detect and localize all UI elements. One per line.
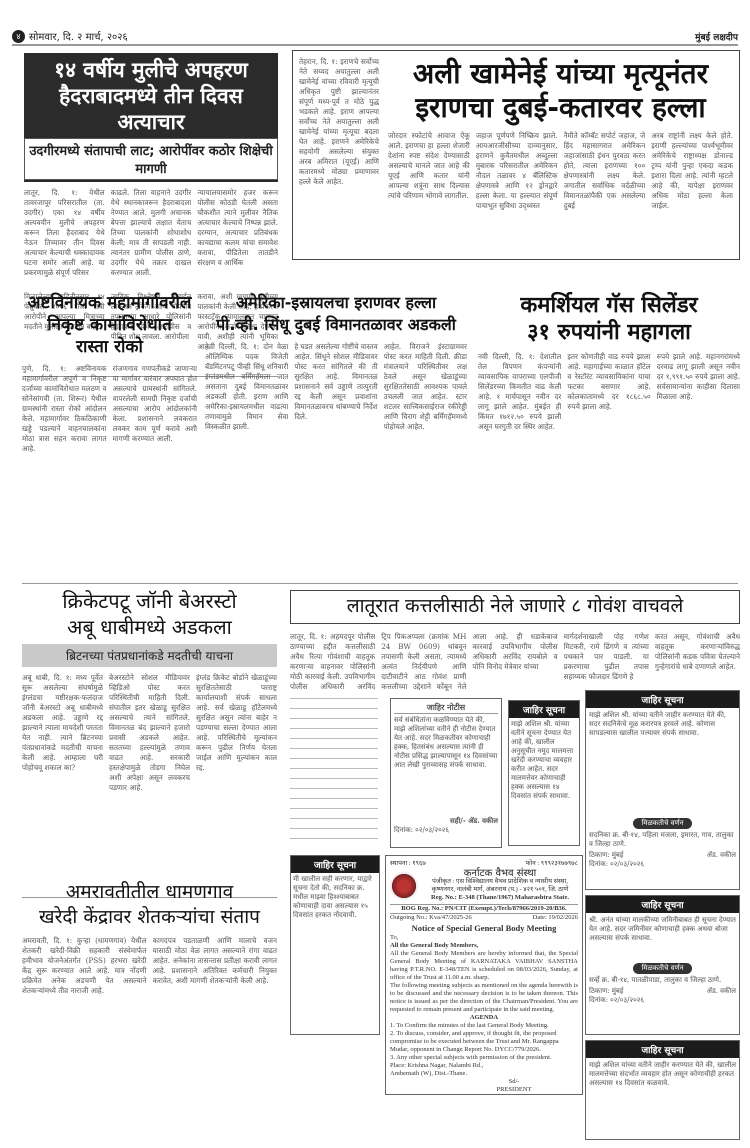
article-column: जोरदार स्फोटांचे आवाज ऐकू आले. इराणचा हा… [388,131,470,251]
reg-number: Reg. No.: E-348 (Thane/1967) Maharashtra… [422,894,578,902]
sidebar-intro: तेहरान, दि. १: इराणचे सर्वोच्च नेते सय्य… [299,57,379,253]
org-name: कर्नाटक वैभव संस्था [422,870,578,878]
article-column: बेअरस्टोने सोशल मीडियावर व्हिडिओ पोस्ट क… [109,673,190,893]
article-column: काढले. तिला वाहनाने उदगीर येथे स्थानकावर… [111,188,192,288]
story-cattle-headline-box: लातूरात कत्तलीसाठी नेले जाणारे ८ गोवंश व… [290,590,740,624]
to-label: To, [390,934,578,942]
article-column: रुपये झाले आहे. महानगरांमध्ये दरवाढ लागू… [657,352,740,557]
headline-line-1: १४ वर्षीय मुलीचे अपहरण [24,57,278,83]
headline: क्रिकेटपटू जॉनी बेअरस्टो अबू धाबीमध्ये अ… [22,588,277,640]
notice-body: माझे अशिल श्री. यांच्या वतीने जाहीर करण्… [586,708,739,818]
story-road-protest: अष्टविनायक महामार्गावरील निकृष्ट कामांवि… [22,292,197,554]
section-divider [22,583,738,584]
headline-line-3: रास्ता रोको [22,336,197,358]
paragraph-1: All the General Body Members are hereby … [390,950,578,982]
notice-date: दिनांक: ०२/०३/२०२६ [586,996,739,1005]
notice-title: जाहिर सूचना [291,856,379,873]
subheadline: ब्रिटनच्या पंतप्रधानांकडे मदतीची याचना [22,644,277,667]
article-column: लातूर, दि. १: येथील तावरजापूर परिसरातील … [24,188,105,288]
headline: अमेरिका-इस्रायलचा इराणवर हल्ला पी.व्ही. … [205,292,467,336]
story-dhamangaon: अमरावतीतील धामणगाव खरेदी केंद्रावर शेतकऱ… [22,880,277,1148]
story-gas-cylinder: कमर्शियल गॅस सिलेंडर ३१ रुपयांनी महागला … [478,292,740,557]
establishment-label: स्थापना : १९६७ [390,860,426,868]
headline: अष्टविनायक महामार्गावरील निकृष्ट कामांवि… [22,292,197,358]
signatory-org: KARNATAK VAIBHAV SANSTHA [450,1094,578,1095]
article-column: न्यायालयासमोर हजर करून पोलीस कोठडी घेतली… [197,188,278,288]
place: Place: Krishna Nagar, Nalambi Rd., [390,1062,578,1070]
notice-signature: ॲड. वकील [707,987,736,996]
public-notice: जाहिर सूचना माझे अशिल श्री. यांच्या वतीन… [585,690,740,890]
schedule-label: मिळकतीचे वर्णन [633,818,691,829]
notice-title: जाहिर सूचना [586,1041,739,1058]
article-column: नवी दिल्ली, दि. १: देशातील तेल विपणन कंप… [478,352,561,557]
notice-body: माझे अशिल यांच्या वतीने जाहीर करण्यात ये… [586,1058,739,1091]
signature: Sd/- [450,1078,578,1086]
notice-title: जाहिर सूचना [509,701,579,718]
notice-title: जाहिर सूचना [586,896,739,913]
article-column: लातूर, दि. १: अहमदपूर पोलीस ठाण्याच्या ह… [290,632,375,692]
headline-line-2: निकृष्ट कामांविरोधात [22,314,197,336]
notice-title: जाहिर नोटीस [394,702,498,714]
notice-signature: सही/- ॲड. वकील [394,816,498,826]
addressee: All the General Body Members, [390,942,578,950]
headline: अमरावतीतील धामणगाव खरेदी केंद्रावर शेतकऱ… [22,880,277,930]
headline-line-2: पी.व्ही. सिंधू दुबई विमानतळावर अडकली [205,314,467,336]
notice-body: माझे अशिल श्री. यांच्या वतीने सूचना देण्… [509,718,579,843]
headline-line-2: खरेदी केंद्रावर शेतकऱ्यांचा संताप [22,905,277,930]
story-bairstow: क्रिकेटपटू जॉनी बेअरस्टो अबू धाबीमध्ये अ… [22,588,277,898]
article-column: अमरावती, दि. १: कुऱ्हा (धामणगाव) येथील श… [22,936,147,1148]
article-column: इंग्लंड क्रिकेट बोर्डाने खेळाडूंच्या सुर… [196,673,277,893]
public-notice: जाहिर सूचना माझे अशिल यांच्या वतीने जाही… [585,1040,740,1140]
notice-date: दिनांक: ०२/०३/२०२६ [586,860,739,869]
article-column: जहाज पूर्णपणे निष्क्रिय झाले. आयआरजीसीच्… [476,131,558,251]
article-column: नैमीते कॉम्बॅट सपोर्ट जहाज, जे हिंद महास… [564,131,646,251]
public-notice: जाहिर सूचना माझे अशिल श्री. यांच्या वतीन… [508,700,580,846]
headline-line-1: कमर्शियल गॅस सिलेंडर [478,292,740,319]
headline-box: १४ वर्षीय मुलीचे अपहरण हैदराबादमध्ये तीन… [24,53,278,182]
article-column: इतर कोणतीही वाढ रुपये झाला आहे. महागाईच्… [567,352,650,557]
story-sindhu: अमेरिका-इस्रायलचा इराणवर हल्ला पी.व्ही. … [205,292,467,557]
headline-line-2: ३१ रुपयांनी महागला [478,319,740,346]
organization-seal-icon [390,872,418,900]
schedule-body: सदनिका क्र. बी-१४, पहिला मजला, इमारत, गा… [586,829,739,851]
headline-line-1: अमरावतीतील धामणगाव [22,880,277,905]
schedule-body: सर्व्हे क्र. बी-१४, पातळीपाडा, तालुका व … [586,974,739,987]
headline: लातूरात कत्तलीसाठी नेले जाणारे ८ गोवंश व… [347,596,684,618]
public-notice: जाहिर सूचना श्री. अनंत यांच्या मालकीच्या… [585,895,740,1035]
story-khamenei: तेहरान, दि. १: इराणचे सर्वोच्च नेते सय्य… [292,50,740,260]
headline-line-2: हैदराबादमध्ये तीन दिवस अत्याचार [24,83,278,135]
paragraph-2: The following meeting subjects as mentio… [390,982,578,1014]
article-column: करत असून, गोवंशाची अवैध वाहतूक करणाऱ्यां… [655,632,740,692]
article-column: ट्रिप पिकअप्पला (क्रमांक MH 24 BW 0609) … [381,632,466,692]
place-2: Ambernath (W), Dist.-Thane. [390,1070,578,1078]
public-notice: जाहिर सूचना मी खालील सही करणार, याद्वारे… [290,855,380,1035]
headline-line-2: अबू धाबीमध्ये अडकला [22,614,277,640]
agenda-item: 3. Any other special subjects with permi… [390,1054,578,1062]
schedule-label: मिळकतीचे वर्णन [633,963,691,974]
story-cattle: लातूर, दि. १: अहमदपूर पोलीस ठाण्याच्या ह… [290,632,740,692]
page-number-badge: ४ [12,30,25,43]
notice-date: Date: 19/02/2026 [533,914,578,922]
notice-date: दिनांक: ०२/०३/२०२६ [394,826,498,835]
page-header: ४ सोमवार, दि. २ मार्च, २०२६ मुंबई लक्षदी… [12,28,738,46]
notice-body: श्री. अनंत यांच्या मालकीच्या जमिनीबाबत ह… [586,913,739,963]
headline-line-1: क्रिकेटपटू जॉनी बेअरस्टो [22,588,277,614]
notice-title: जाहिर सूचना [586,691,739,708]
article-column: मार्गदर्शनाखाली पोह गणेश मिटकरी, रामे ढि… [564,632,649,692]
article-column: हे घडत असलेल्या गोष्टींचे वास्तव आहेत. स… [294,342,377,557]
org-address: पंजीकृत : एस विश्विद्यालय वैभव प्रादेशिक… [422,878,578,894]
headline-line-1: अष्टविनायक महामार्गावरील [22,292,197,314]
headline-line-1: अली खामेनेई यांच्या मृत्यूनंतर [388,57,733,91]
bog-reg: BOG Reg. No.: PN/CIT (Exempt.)/Tech/8796… [390,904,578,914]
article-column: अरब राष्ट्रांनी लक्ष्य केले होते. इराणी … [651,131,733,251]
headline: कमर्शियल गॅस सिलेंडर ३१ रुपयांनी महागला [478,292,740,346]
article-column: अबू धाबी, दि. १: मध्य पूर्वेत सुरू असलेल… [22,673,103,893]
headline-line-1: अमेरिका-इस्रायलचा इराणवर हल्ला [205,292,467,314]
headline: अली खामेनेई यांच्या मृत्यूनंतर इराणचा दु… [388,57,733,125]
notice-body: सर्व संबंधितांना कळविण्यात येते की, माझे… [394,716,498,816]
agenda-item: 1. To Confirm the minutes of the last Ge… [390,1022,578,1030]
agenda-item: 2. To discuss, consider, and approve, if… [390,1030,578,1054]
headline-line-2: इराणचा दुबई-कतारवर हल्ला [388,91,733,125]
article-column: आला आहे. ही धडाकेबाज कारवाई उपविभागीय पो… [472,632,557,692]
article-column: पुणे, दि. १: अष्टविनायक महामार्गावरील अप… [22,364,107,554]
phone: फोन : ९९९२३१७७९७८ [525,860,578,868]
page-info: ४ सोमवार, दि. २ मार्च, २०२६ [12,29,128,43]
subheadline: उदगीरमध्ये संतापाची लाट; आरोपींवर कठोर श… [24,138,278,180]
karnataka-vaibhav-notice: स्थापना : १९६७ फोन : ९९९२३१७७९७८ कर्नाटक… [385,855,583,1095]
publication-name: मुंबई लक्षदीप [695,30,738,43]
article-column: आहेत. विराजने इंस्टाग्रामवर पोस्ट करत मा… [384,342,467,557]
article-column: नवी दिल्ली, दि. १: दोन वेळा ऑलिम्पिक पदक… [205,342,288,557]
notice-title: Notice of Special General Body Meeting [390,924,578,932]
issue-date: सोमवार, दि. २ मार्च, २०२६ [29,29,128,43]
outgoing-no: Outgoing No.: Kva/47/2025-26 [390,914,472,922]
article-column: कागदपत्र पडताळणी आणि मालाचे वजन यासाठी म… [153,936,278,1148]
agenda-title: AGENDA [390,1014,578,1022]
article-column [290,695,378,845]
article-column: रांजणगाव गणपतीकडे जाणाऱ्या या मार्गावर व… [113,364,198,554]
story-cattle-continued [290,695,378,845]
notice-signature: ॲड. वकील [707,851,736,860]
legal-notice: जाहिर नोटीस सर्व संबंधितांना कळविण्यात य… [390,698,502,848]
notice-body: मी खालील सही करणार, याद्वारे सूचना देतो … [291,873,379,1033]
signatory-title: PRESIDENT [450,1086,578,1094]
notice-place: ठिकाण: मुंबई [589,987,623,996]
notice-place: ठिकाण: मुंबई [589,851,623,860]
